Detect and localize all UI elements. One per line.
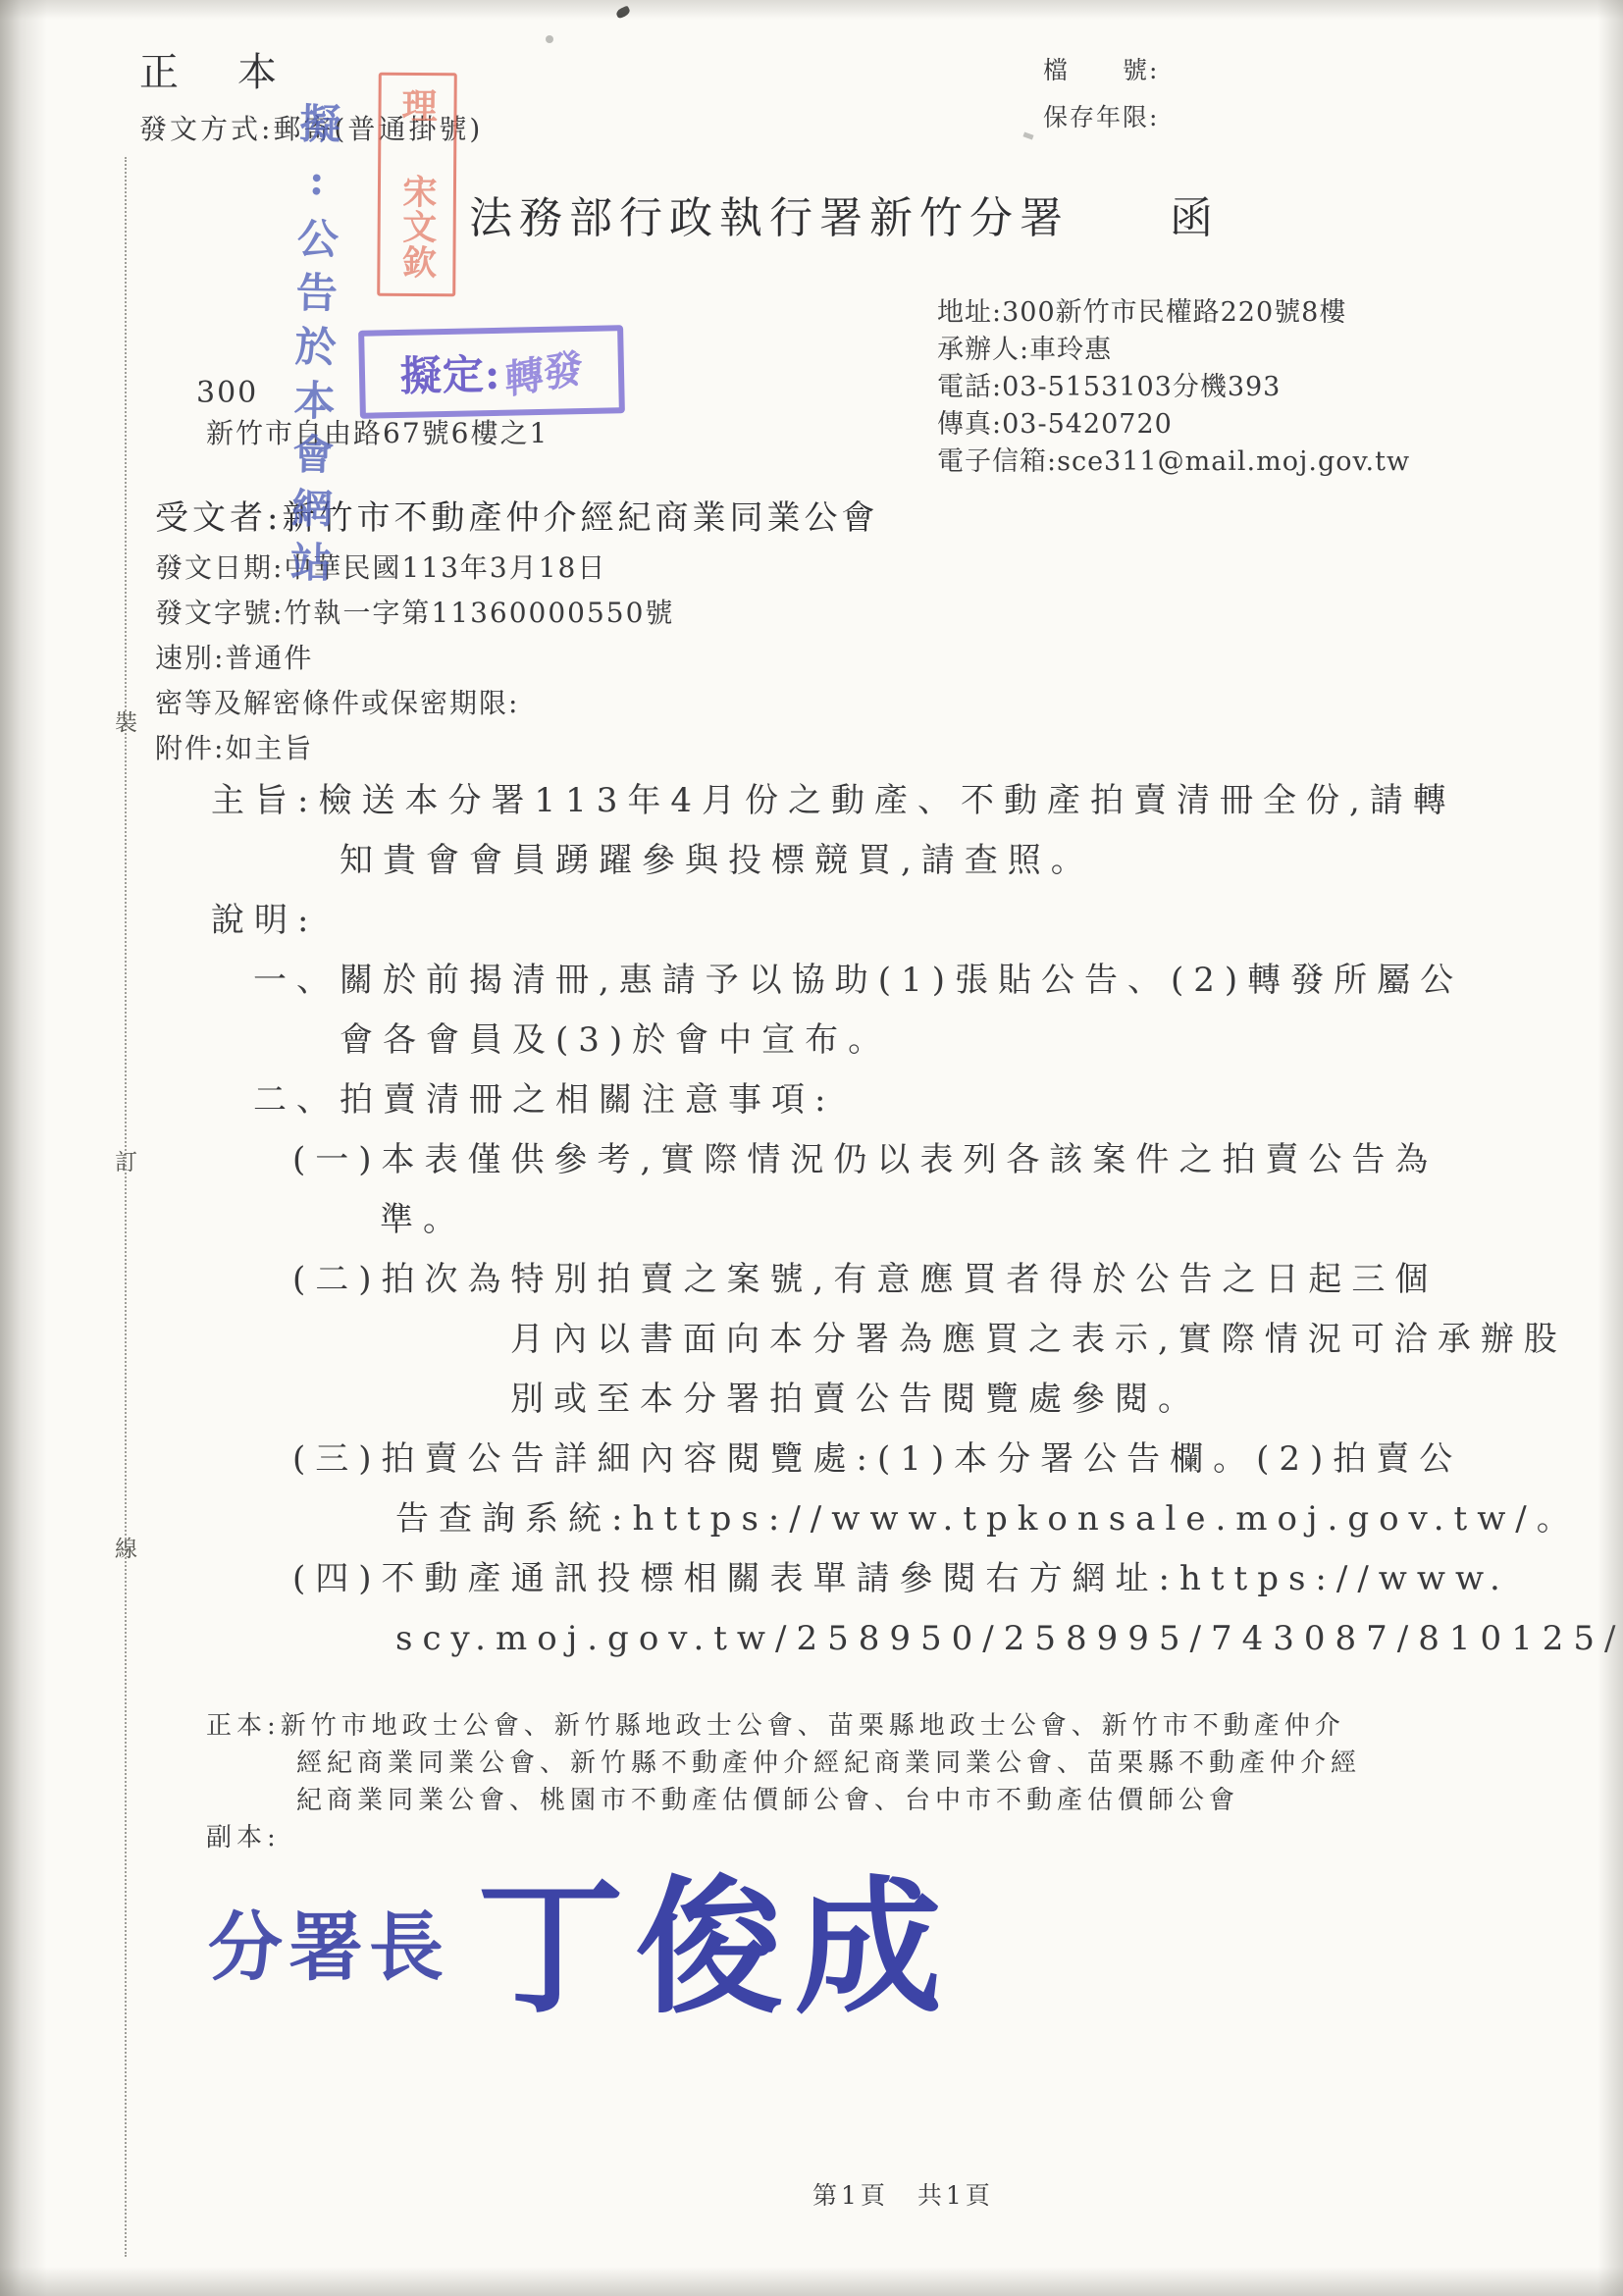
- agency-address: 地址:300新竹市民權路220號8樓: [937, 294, 1410, 332]
- red-stamp-title-char: 理: [393, 87, 443, 123]
- agency-contact-block: 地址:300新竹市民權路220號8樓 承辦人:車玲惠 電話:03-5153103…: [937, 294, 1410, 481]
- body-line-explanation: 說明:: [211, 891, 1623, 951]
- document-meta-block: 發文日期:中華民國113年3月18日 發文字號:竹執一字第11360000550…: [155, 546, 674, 771]
- body-line-subject: 主旨:檢送本分署113年4月份之動產、不動產拍賣清冊全份,請轉: [211, 771, 1623, 831]
- recipient-line: 受文者:新竹市不動產仲介經紀商業同業公會: [155, 491, 878, 539]
- body-line: (三)拍賣公告詳細內容閱覽處:(1)本分署公告欄。(2)拍賣公: [292, 1430, 1623, 1489]
- speed-class: 速別:普通件: [155, 636, 674, 681]
- agency-contact-person: 承辦人:車玲惠: [937, 332, 1410, 369]
- file-number-label: 檔 號:: [1043, 51, 1159, 86]
- purple-stamp-handwritten-text: 轉發: [504, 337, 583, 405]
- red-approval-stamp: 理 宋文欽: [377, 73, 457, 297]
- scan-speck: [615, 5, 631, 19]
- scan-speck: [1022, 131, 1033, 139]
- document-title: 法務部行政執行署新竹分署 函: [469, 183, 1220, 245]
- body-line-url: 告查詢系統:https://www.tpkonsale.moj.gov.tw/。: [395, 1489, 1623, 1549]
- purple-directive-stamp: 擬定: 轉發: [358, 325, 625, 419]
- scan-speck: [546, 35, 553, 43]
- body-line: 會各會員及(3)於會中宣布。: [340, 1011, 1623, 1070]
- body-line: 知貴會會員踴躍參與投標競買,請查照。: [340, 831, 1623, 891]
- recipient-zip-code: 300: [196, 376, 258, 410]
- issue-date: 發文日期:中華民國113年3月18日: [155, 546, 674, 591]
- original-copy-recipients: 正本:新竹市地政士公會、新竹縣地政士公會、苗栗縣地政士公會、新竹市不動產仲介: [206, 1707, 1361, 1745]
- body-line: 別或至本分署拍賣公告閱覽處參閱。: [510, 1370, 1623, 1430]
- body-line: 二、拍賣清冊之相關注意事項:: [253, 1070, 1623, 1130]
- signature-block: 分署長 丁俊成: [208, 1850, 954, 2046]
- agency-fax: 傳真:03-5420720: [937, 406, 1410, 444]
- purple-stamp-printed-text: 擬定:: [399, 342, 501, 403]
- letter-body: 主旨:檢送本分署113年4月份之動產、不動產拍賣清冊全份,請轉 知貴會會員踴躍參…: [0, 771, 1623, 1669]
- copies-distribution-block: 正本:新竹市地政士公會、新竹縣地政士公會、苗栗縣地政士公會、新竹市不動產仲介 經…: [206, 1707, 1361, 1856]
- security-class: 密等及解密條件或保密期限:: [155, 681, 674, 726]
- signer-name: 丁俊成: [477, 1874, 954, 2021]
- copy-type-label: 正 本: [139, 41, 287, 97]
- body-line: 月內以書面向本分署為應買之表示,實際情況可洽承辦股: [510, 1310, 1623, 1370]
- signer-title: 分署長: [208, 1910, 449, 1985]
- page-number: 第1頁 共1頁: [812, 2176, 994, 2212]
- retention-period-label: 保存年限:: [1043, 98, 1159, 133]
- body-line: (二)拍次為特別拍賣之案號,有意應買者得於公告之日起三個: [292, 1250, 1623, 1310]
- reference-number: 發文字號:竹執一字第11360000550號: [155, 591, 674, 636]
- scanned-official-letter: 裝 訂 線 正 本 發文方式:郵寄(普通掛號) 檔 號: 保存年限: 法務部行政…: [0, 0, 1623, 2296]
- handwritten-annotation: 擬:公告於本會網站: [277, 101, 347, 652]
- original-copy-recipients: 紀商業同業公會、桃園市不動產估價師公會、台中市不動產估價師公會: [296, 1782, 1361, 1819]
- binding-mark-zhuang: 裝: [115, 704, 137, 737]
- red-stamp-name: 宋文欽: [392, 174, 442, 280]
- body-line: (四)不動產通訊投標相關表單請參閱右方網址:https://www.: [292, 1549, 1623, 1609]
- body-line-url: scy.moj.gov.tw/258950/258995/743087/8101…: [395, 1609, 1623, 1669]
- original-copy-recipients: 經紀商業同業公會、新竹縣不動產仲介經紀商業同業公會、苗栗縣不動產仲介經: [296, 1745, 1361, 1782]
- body-line: (一)本表僅供參考,實際情況仍以表列各該案件之拍賣公告為: [292, 1130, 1623, 1190]
- attachment-note: 附件:如主旨: [155, 726, 674, 771]
- body-line: 一、關於前揭清冊,惠請予以協助(1)張貼公告、(2)轉發所屬公: [253, 951, 1623, 1011]
- agency-phone: 電話:03-5153103分機393: [937, 369, 1410, 406]
- body-line: 準。: [380, 1190, 1623, 1250]
- agency-email: 電子信箱:sce311@mail.moj.gov.tw: [937, 444, 1410, 481]
